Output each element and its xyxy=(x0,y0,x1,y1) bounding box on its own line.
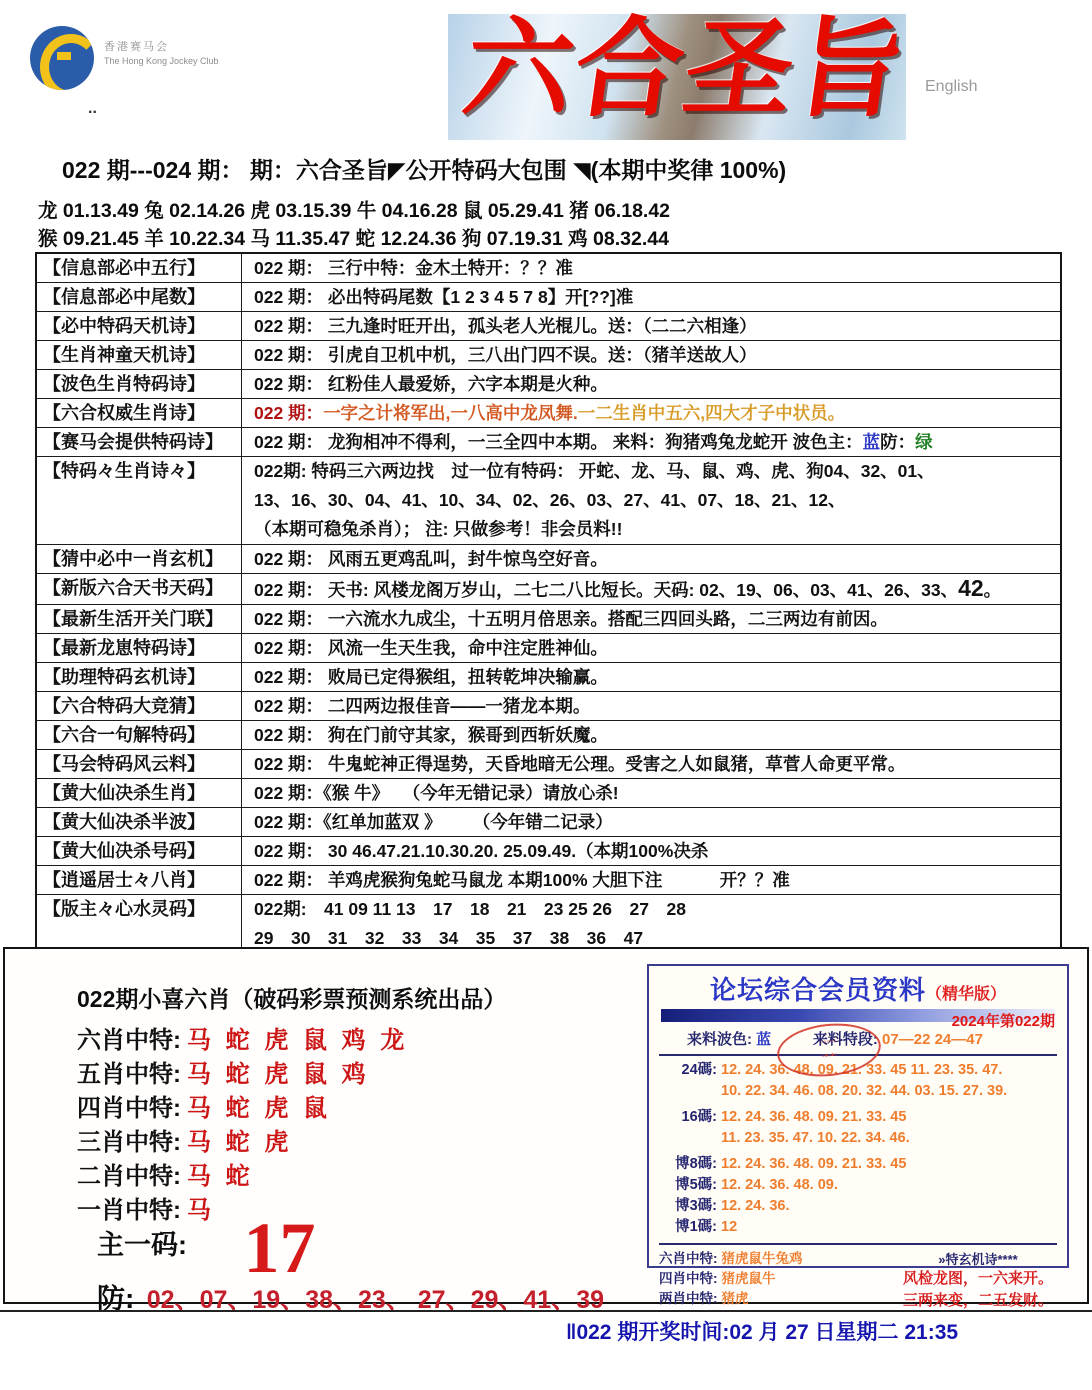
member-zodiac-value: 猪虎鼠牛兔鸡 xyxy=(722,1251,803,1266)
six-xiao-row-value: 马 蛇 虎 xyxy=(187,1129,292,1156)
member-code-line: 12. 24. 36. 48. 09. xyxy=(721,1175,838,1196)
table-row: 【波色生肖特码诗】022 期： 红粉佳人最爱娇，六字本期是火种。 xyxy=(37,370,1060,399)
row-content-segment: 022 期： 必出特码尾数【1 2 3 4 5 7 8】开[??]准 xyxy=(254,287,633,307)
row-content-line: 13、16、30、04、41、10、34、02、26、03、27、41、07、1… xyxy=(254,486,1060,515)
table-row: 【赛马会提供特码诗】022 期： 龙狗相冲不得利，一三全四中本期。 来料：狗猪鸡… xyxy=(37,428,1060,457)
member-code-label: 博8碼: xyxy=(659,1154,721,1175)
row-content-segment: 022 期： 风雨五更鸡乱叫，封牛惊鸟空好音。 xyxy=(254,549,608,569)
member-box-title-suffix: （精华版） xyxy=(926,986,1006,1003)
member-code-rows: 24碼:12. 24. 36. 48. 09. 21. 33. 45 11. 2… xyxy=(659,1060,1057,1238)
row-content-segment: 022 期： 三九逢时旺开出，孤头老人光棍儿。送：（二二六相逢） xyxy=(254,316,757,336)
main-code-label: 主一码: xyxy=(97,1230,187,1260)
table-row: 【新版六合天书天码】022 期： 天书: 风楼龙阁万岁山，二七二八比短长。天码:… xyxy=(37,574,1060,605)
six-xiao-row-value: 马 蛇 虎 鼠 鸡 龙 xyxy=(187,1027,408,1054)
poem-line: 三两来变，二五发财。 xyxy=(903,1290,1053,1312)
row-content-line: （本期可稳兔杀肖）； 注: 只做参考！非会员料!! xyxy=(254,515,1060,544)
row-content: 022 期：《红单加蓝双 》 （今年错二记录） xyxy=(242,808,1060,836)
row-content-segment: 022 期： 三行中特：金木土特开：？？准 xyxy=(254,258,573,278)
wave-label: 来料波色: xyxy=(687,1031,752,1048)
row-label: 【黄大仙决杀半波】 xyxy=(37,808,242,836)
main-code-value: 17 xyxy=(243,1208,315,1288)
member-code-label: 博5碼: xyxy=(659,1175,721,1196)
row-content-segment: 022 期： 二四两边报佳音——一猪龙本期。 xyxy=(254,696,590,716)
row-label: 【必中特码天机诗】 xyxy=(37,312,242,340)
member-code-line: 11. 23. 35. 47. 10. 22. 34. 46. xyxy=(721,1128,910,1149)
row-content-segment: 022 期： 龙狗相冲不得利，一三全四中本期。 来料：狗猪鸡兔龙蛇开 波色主： xyxy=(254,432,863,452)
table-row: 【黄大仙决杀号码】022 期： 30 46.47.21.10.30.20. 25… xyxy=(37,837,1060,866)
table-row: 【必中特码天机诗】022 期： 三九逢时旺开出，孤头老人光棍儿。送：（二二六相逢… xyxy=(37,312,1060,341)
row-content-segment: 022 期： 一六流水九成尘，十五明月倍思亲。搭配三四回头路，二三两边有前因。 xyxy=(254,609,888,629)
table-row: 【马会特码风云料】022 期： 牛鬼蛇神正得逞势，天昏地暗无公理。受害之人如鼠猪… xyxy=(37,750,1060,779)
six-xiao-rows: 六肖中特:马 蛇 虎 鼠 鸡 龙五肖中特:马 蛇 虎 鼠 鸡四肖中特:马 蛇 虎… xyxy=(77,1024,506,1228)
footer-divider xyxy=(0,1310,1092,1312)
member-zodiac-label: 两肖中特: xyxy=(659,1291,718,1306)
row-label: 【马会特码风云料】 xyxy=(37,750,242,778)
row-content-line: 022期: 特码三六两边找 过一位有特码： 开蛇、龙、马、鼠、鸡、虎、狗04、3… xyxy=(254,457,1060,486)
row-content-segment: 022 期： 败局已定得猴组，扭转乾坤决输赢。 xyxy=(254,667,608,687)
logo-cn-text: 香港赛马会 xyxy=(104,40,219,54)
row-content: 022 期： 狗在门前守其家，猴哥到西斩妖魔。 xyxy=(242,721,1060,749)
row-label: 【猜中必中一肖玄机】 xyxy=(37,545,242,573)
table-row: 【特码々生肖诗々】022期: 特码三六两边找 过一位有特码： 开蛇、龙、马、鼠、… xyxy=(37,457,1060,545)
row-content-segment: 。 xyxy=(984,580,1002,600)
bottom-section: 022期小喜六肖（破码彩票预测系统出品） 六肖中特:马 蛇 虎 鼠 鸡 龙五肖中… xyxy=(3,947,1089,1304)
row-content: 022 期： 必出特码尾数【1 2 3 4 5 7 8】开[??]准 xyxy=(242,283,1060,311)
row-content-segment: 022 期：《红单加蓝双 》 （今年错二记录） xyxy=(254,812,613,832)
member-code-label: 24碼: xyxy=(659,1060,721,1102)
row-label: 【信息部必中尾数】 xyxy=(37,283,242,311)
row-label: 【助理特码玄机诗】 xyxy=(37,663,242,691)
poem-line: 风检龙图，一六来开。 xyxy=(903,1268,1053,1290)
row-content: 022 期： 败局已定得猴组，扭转乾坤决输赢。 xyxy=(242,663,1060,691)
member-info-box: 论坛综合会员资料（精华版） 2024年第022期 来料波色: 蓝 来料特段: 0… xyxy=(647,964,1069,1268)
member-box-title-main: 论坛综合会员资料 xyxy=(710,975,926,1005)
row-content-segment: 022 期： 羊鸡虎猴狗兔蛇马鼠龙 本期100% 大胆下注 开？？准 xyxy=(254,870,790,890)
english-link[interactable]: English xyxy=(925,78,977,96)
table-row: 【六合一句解特码】022 期： 狗在门前守其家，猴哥到西斩妖魔。 xyxy=(37,721,1060,750)
row-label: 【特码々生肖诗々】 xyxy=(37,457,242,544)
row-label: 【六合一句解特码】 xyxy=(37,721,242,749)
member-code-line: 12. 24. 36. 48. 09. 21. 33. 45 xyxy=(721,1154,906,1175)
period-headline: 022 期---024 期： 期：六合圣旨◤公开特码大包围 ◥(本期中奖律 10… xyxy=(62,152,786,185)
row-label: 【最新生活开关门联】 xyxy=(37,605,242,633)
hkjc-logo: 香港赛马会 The Hong Kong Jockey Club .. xyxy=(30,26,280,106)
row-label: 【六合特码大竞猜】 xyxy=(37,692,242,720)
row-content: 022 期： 红粉佳人最爱娇，六字本期是火种。 xyxy=(242,370,1060,398)
row-label: 【逍遥居士々八肖】 xyxy=(37,866,242,894)
six-xiao-row: 五肖中特:马 蛇 虎 鼠 鸡 xyxy=(77,1058,506,1092)
member-code-row: 16碼:12. 24. 36. 48. 09. 21. 33. 4511. 23… xyxy=(659,1107,1057,1149)
row-label: 【版主々心水灵码】 xyxy=(37,895,242,953)
six-xiao-row: 六肖中特:马 蛇 虎 鼠 鸡 龙 xyxy=(77,1024,506,1058)
zodiac-number-list: 龙 01.13.49 兔 02.14.26 虎 03.15.39 牛 04.16… xyxy=(38,197,670,253)
row-content: 022期: 41 09 11 13 17 18 21 23 25 26 27 2… xyxy=(242,895,1060,953)
member-code-numbers: 12. 24. 36. 48. 09. 21. 33. 45 xyxy=(721,1154,906,1175)
member-code-numbers: 12. 24. 36. xyxy=(721,1196,790,1217)
table-row: 【最新生活开关门联】022 期： 一六流水九成尘，十五明月倍思亲。搭配三四回头路… xyxy=(37,605,1060,634)
table-row: 【黄大仙决杀半波】022 期：《红单加蓝双 》 （今年错二记录） xyxy=(37,808,1060,837)
logo-dots: .. xyxy=(88,100,97,118)
member-code-line: 12. 24. 36. 48. 09. 21. 33. 45 xyxy=(721,1107,910,1128)
row-label: 【赛马会提供特码诗】 xyxy=(37,428,242,456)
row-content-segment: 022 期： xyxy=(254,403,323,423)
table-row: 【助理特码玄机诗】022 期： 败局已定得猴组，扭转乾坤决输赢。 xyxy=(37,663,1060,692)
member-code-row: 博5碼:12. 24. 36. 48. 09. xyxy=(659,1175,1057,1196)
row-content: 022 期： 引虎自卫机中机，三八出门四不误。送：（猪羊送故人） xyxy=(242,341,1060,369)
row-content: 022 期： 三行中特：金木土特开：？？准 xyxy=(242,254,1060,282)
logo-en-text: The Hong Kong Jockey Club xyxy=(104,54,219,68)
row-content: 022 期： 30 46.47.21.10.30.20. 25.09.49.（本… xyxy=(242,837,1060,865)
row-label: 【黄大仙决杀号码】 xyxy=(37,837,242,865)
row-content-segment: 022 期：《猴 牛》 （今年无错记录）请放心杀! xyxy=(254,783,619,803)
row-content: 022 期： 牛鬼蛇神正得逞势，天昏地暗无公理。受害之人如鼠猪，草菅人命更平常。 xyxy=(242,750,1060,778)
row-content: 022 期：一字之计将军出,一八高中龙凤舞.一二生肖中五六,四大才子中状员。 xyxy=(242,399,1060,427)
table-row: 【生肖神童天机诗】022 期： 引虎自卫机中机，三八出门四不误。送：（猪羊送故人… xyxy=(37,341,1060,370)
row-label: 【信息部必中五行】 xyxy=(37,254,242,282)
member-code-row: 博3碼:12. 24. 36. xyxy=(659,1196,1057,1217)
row-content-segment: 绿 xyxy=(915,432,933,452)
row-content-segment: 022 期： 红粉佳人最爱娇，六字本期是火种。 xyxy=(254,374,608,394)
member-code-row: 博1碼:12 xyxy=(659,1217,1057,1238)
member-code-line: 12. 24. 36. xyxy=(721,1196,790,1217)
row-content-segment: 022 期： 天书: 风楼龙阁万岁山，二七二八比短长。天码: 02、19、06、… xyxy=(254,580,958,600)
member-code-numbers: 12. 24. 36. 48. 09. xyxy=(721,1175,838,1196)
member-code-line: 10. 22. 34. 46. 08. 20. 32. 44. 03. 15. … xyxy=(721,1081,1007,1102)
six-xiao-row-label: 二肖中特: xyxy=(77,1163,181,1190)
poem-title: »特玄机诗**** xyxy=(903,1249,1053,1268)
table-row: 【信息部必中五行】022 期： 三行中特：金木土特开：？？准 xyxy=(37,254,1060,283)
draw-time-text: ‖022 期开奖时间:02 月 27 日星期二 21:35 xyxy=(566,1316,958,1346)
row-content-segment: 022 期： 狗在门前守其家，猴哥到西斩妖魔。 xyxy=(254,725,608,745)
six-xiao-row-label: 六肖中特: xyxy=(77,1027,181,1054)
member-code-row: 博8碼:12. 24. 36. 48. 09. 21. 33. 45 xyxy=(659,1154,1057,1175)
six-xiao-row: 四肖中特:马 蛇 虎 鼠 xyxy=(77,1092,506,1126)
member-box-title: 论坛综合会员资料（精华版） xyxy=(659,970,1057,1007)
row-content: 022 期： 龙狗相冲不得利，一三全四中本期。 来料：狗猪鸡兔龙蛇开 波色主：蓝… xyxy=(242,428,1060,456)
six-xiao-row-label: 五肖中特: xyxy=(77,1061,181,1088)
table-row: 【六合特码大竞猜】022 期： 二四两边报佳音——一猪龙本期。 xyxy=(37,692,1060,721)
row-content-line: 022期: 41 09 11 13 17 18 21 23 25 26 27 2… xyxy=(254,895,1060,924)
six-xiao-row: 三肖中特:马 蛇 虎 xyxy=(77,1126,506,1160)
row-label: 【新版六合天书天码】 xyxy=(37,574,242,604)
member-code-numbers: 12. 24. 36. 48. 09. 21. 33. 4511. 23. 35… xyxy=(721,1107,910,1149)
member-zodiac-label: 六肖中特: xyxy=(659,1251,718,1266)
wave-value: 蓝 xyxy=(756,1031,771,1048)
page-title: 六合圣旨 xyxy=(447,8,923,134)
row-content: 022期: 特码三六两边找 过一位有特码： 开蛇、龙、马、鼠、鸡、虎、狗04、3… xyxy=(242,457,1060,544)
zodiac-line-2: 猴 09.21.45 羊 10.22.34 马 11.35.47 蛇 12.24… xyxy=(38,225,670,253)
row-content: 022 期： 风流一生天生我，命中注定胜神仙。 xyxy=(242,634,1060,662)
row-content-segment: 42 xyxy=(958,575,984,601)
row-label: 【六合权威生肖诗】 xyxy=(37,399,242,427)
row-content: 022 期：《猴 牛》 （今年无错记录）请放心杀! xyxy=(242,779,1060,807)
row-label: 【波色生肖特码诗】 xyxy=(37,370,242,398)
row-content-segment: 一二生肖中五六,四大才子中状员。 xyxy=(578,403,845,423)
member-zodiac-value: 猪虎鼠牛 xyxy=(722,1271,776,1286)
row-content: 022 期： 二四两边报佳音——一猪龙本期。 xyxy=(242,692,1060,720)
table-row: 【最新龙崽特码诗】022 期： 风流一生天生我，命中注定胜神仙。 xyxy=(37,634,1060,663)
member-code-label: 16碼: xyxy=(659,1107,721,1149)
row-content-segment: 蓝 xyxy=(863,432,881,452)
table-row: 【逍遥居士々八肖】022 期： 羊鸡虎猴狗兔蛇马鼠龙 本期100% 大胆下注 开… xyxy=(37,866,1060,895)
six-xiao-row-value: 马 蛇 xyxy=(187,1163,254,1190)
table-row: 【六合权威生肖诗】022 期：一字之计将军出,一八高中龙凤舞.一二生肖中五六,四… xyxy=(37,399,1060,428)
table-row: 【信息部必中尾数】022 期： 必出特码尾数【1 2 3 4 5 7 8】开[?… xyxy=(37,283,1060,312)
row-content-segment: 022 期： 牛鬼蛇神正得逞势，天昏地暗无公理。受害之人如鼠猪，草菅人命更平常。 xyxy=(254,754,905,774)
table-row: 【猜中必中一肖玄机】022 期： 风雨五更鸡乱叫，封牛惊鸟空好音。 xyxy=(37,545,1060,574)
row-label: 【最新龙崽特码诗】 xyxy=(37,634,242,662)
row-content-segment: 022 期： 风流一生天生我，命中注定胜神仙。 xyxy=(254,638,608,658)
six-xiao-row-value: 马 蛇 虎 鼠 xyxy=(187,1095,331,1122)
six-xiao-panel: 022期小喜六肖（破码彩票预测系统出品） 六肖中特:马 蛇 虎 鼠 鸡 龙五肖中… xyxy=(77,981,506,1228)
table-row: 【黄大仙决杀生肖】022 期：《猴 牛》 （今年无错记录）请放心杀! xyxy=(37,779,1060,808)
six-xiao-title: 022期小喜六肖（破码彩票预测系统出品） xyxy=(77,981,506,1014)
row-content-segment: 一字之计将军出,一八高中龙凤舞. xyxy=(323,403,578,423)
title-banner: 六合圣旨 xyxy=(448,14,906,140)
row-label: 【黄大仙决杀生肖】 xyxy=(37,779,242,807)
row-content-segment: 防： xyxy=(880,432,915,452)
prediction-table: 【信息部必中五行】022 期： 三行中特：金木土特开：？？准【信息部必中尾数】0… xyxy=(35,252,1062,958)
member-code-line: 12 xyxy=(721,1217,737,1238)
table-row: 【版主々心水灵码】022期: 41 09 11 13 17 18 21 23 2… xyxy=(37,895,1060,953)
row-content: 022 期： 一六流水九成尘，十五明月倍思亲。搭配三四回头路，二三两边有前因。 xyxy=(242,605,1060,633)
member-code-numbers: 12 xyxy=(721,1217,737,1238)
member-divider-bottom xyxy=(659,1243,1057,1245)
member-code-label: 博3碼: xyxy=(659,1196,721,1217)
six-xiao-row-value: 马 蛇 虎 鼠 鸡 xyxy=(187,1061,370,1088)
row-content: 022 期： 羊鸡虎猴狗兔蛇马鼠龙 本期100% 大胆下注 开？？准 xyxy=(242,866,1060,894)
hkjc-logo-icon xyxy=(30,26,94,90)
six-xiao-row-label: 三肖中特: xyxy=(77,1129,181,1156)
row-content-segment: 022 期： 30 46.47.21.10.30.20. 25.09.49.（本… xyxy=(254,841,708,861)
mystery-poem: »特玄机诗**** 风检龙图，一六来开。三两来变，二五发财。 xyxy=(903,1249,1053,1312)
six-xiao-row: 二肖中特:马 蛇 xyxy=(77,1160,506,1194)
row-label: 【生肖神童天机诗】 xyxy=(37,341,242,369)
row-content: 022 期： 三九逢时旺开出，孤头老人光棍儿。送：（二二六相逢） xyxy=(242,312,1060,340)
member-zodiac-value: 猪虎 xyxy=(722,1291,749,1306)
zodiac-line-1: 龙 01.13.49 兔 02.14.26 虎 03.15.39 牛 04.16… xyxy=(38,197,670,225)
member-code-label: 博1碼: xyxy=(659,1217,721,1238)
member-foot: 六肖中特:猪虎鼠牛兔鸡四肖中特:猪虎鼠牛两肖中特:猪虎 »特玄机诗**** 风检… xyxy=(659,1249,1057,1309)
row-content: 022 期： 天书: 风楼龙阁万岁山，二七二八比短长。天码: 02、19、06、… xyxy=(242,574,1060,604)
segment-value: 07—22 24—47 xyxy=(882,1031,983,1048)
six-xiao-row-label: 四肖中特: xyxy=(77,1095,181,1122)
row-content: 022 期： 风雨五更鸡乱叫，封牛惊鸟空好音。 xyxy=(242,545,1060,573)
row-content-segment: 022 期： 引虎自卫机中机，三八出门四不误。送：（猪羊送故人） xyxy=(254,345,757,365)
member-zodiac-label: 四肖中特: xyxy=(659,1271,718,1286)
wave-line: 来料波色: 蓝 来料特段: 07—22 24—47 ◦◦◦◦◦◦•◦•◦ xyxy=(659,1028,1057,1049)
member-box-bar: 2024年第022期 xyxy=(661,1009,1055,1022)
